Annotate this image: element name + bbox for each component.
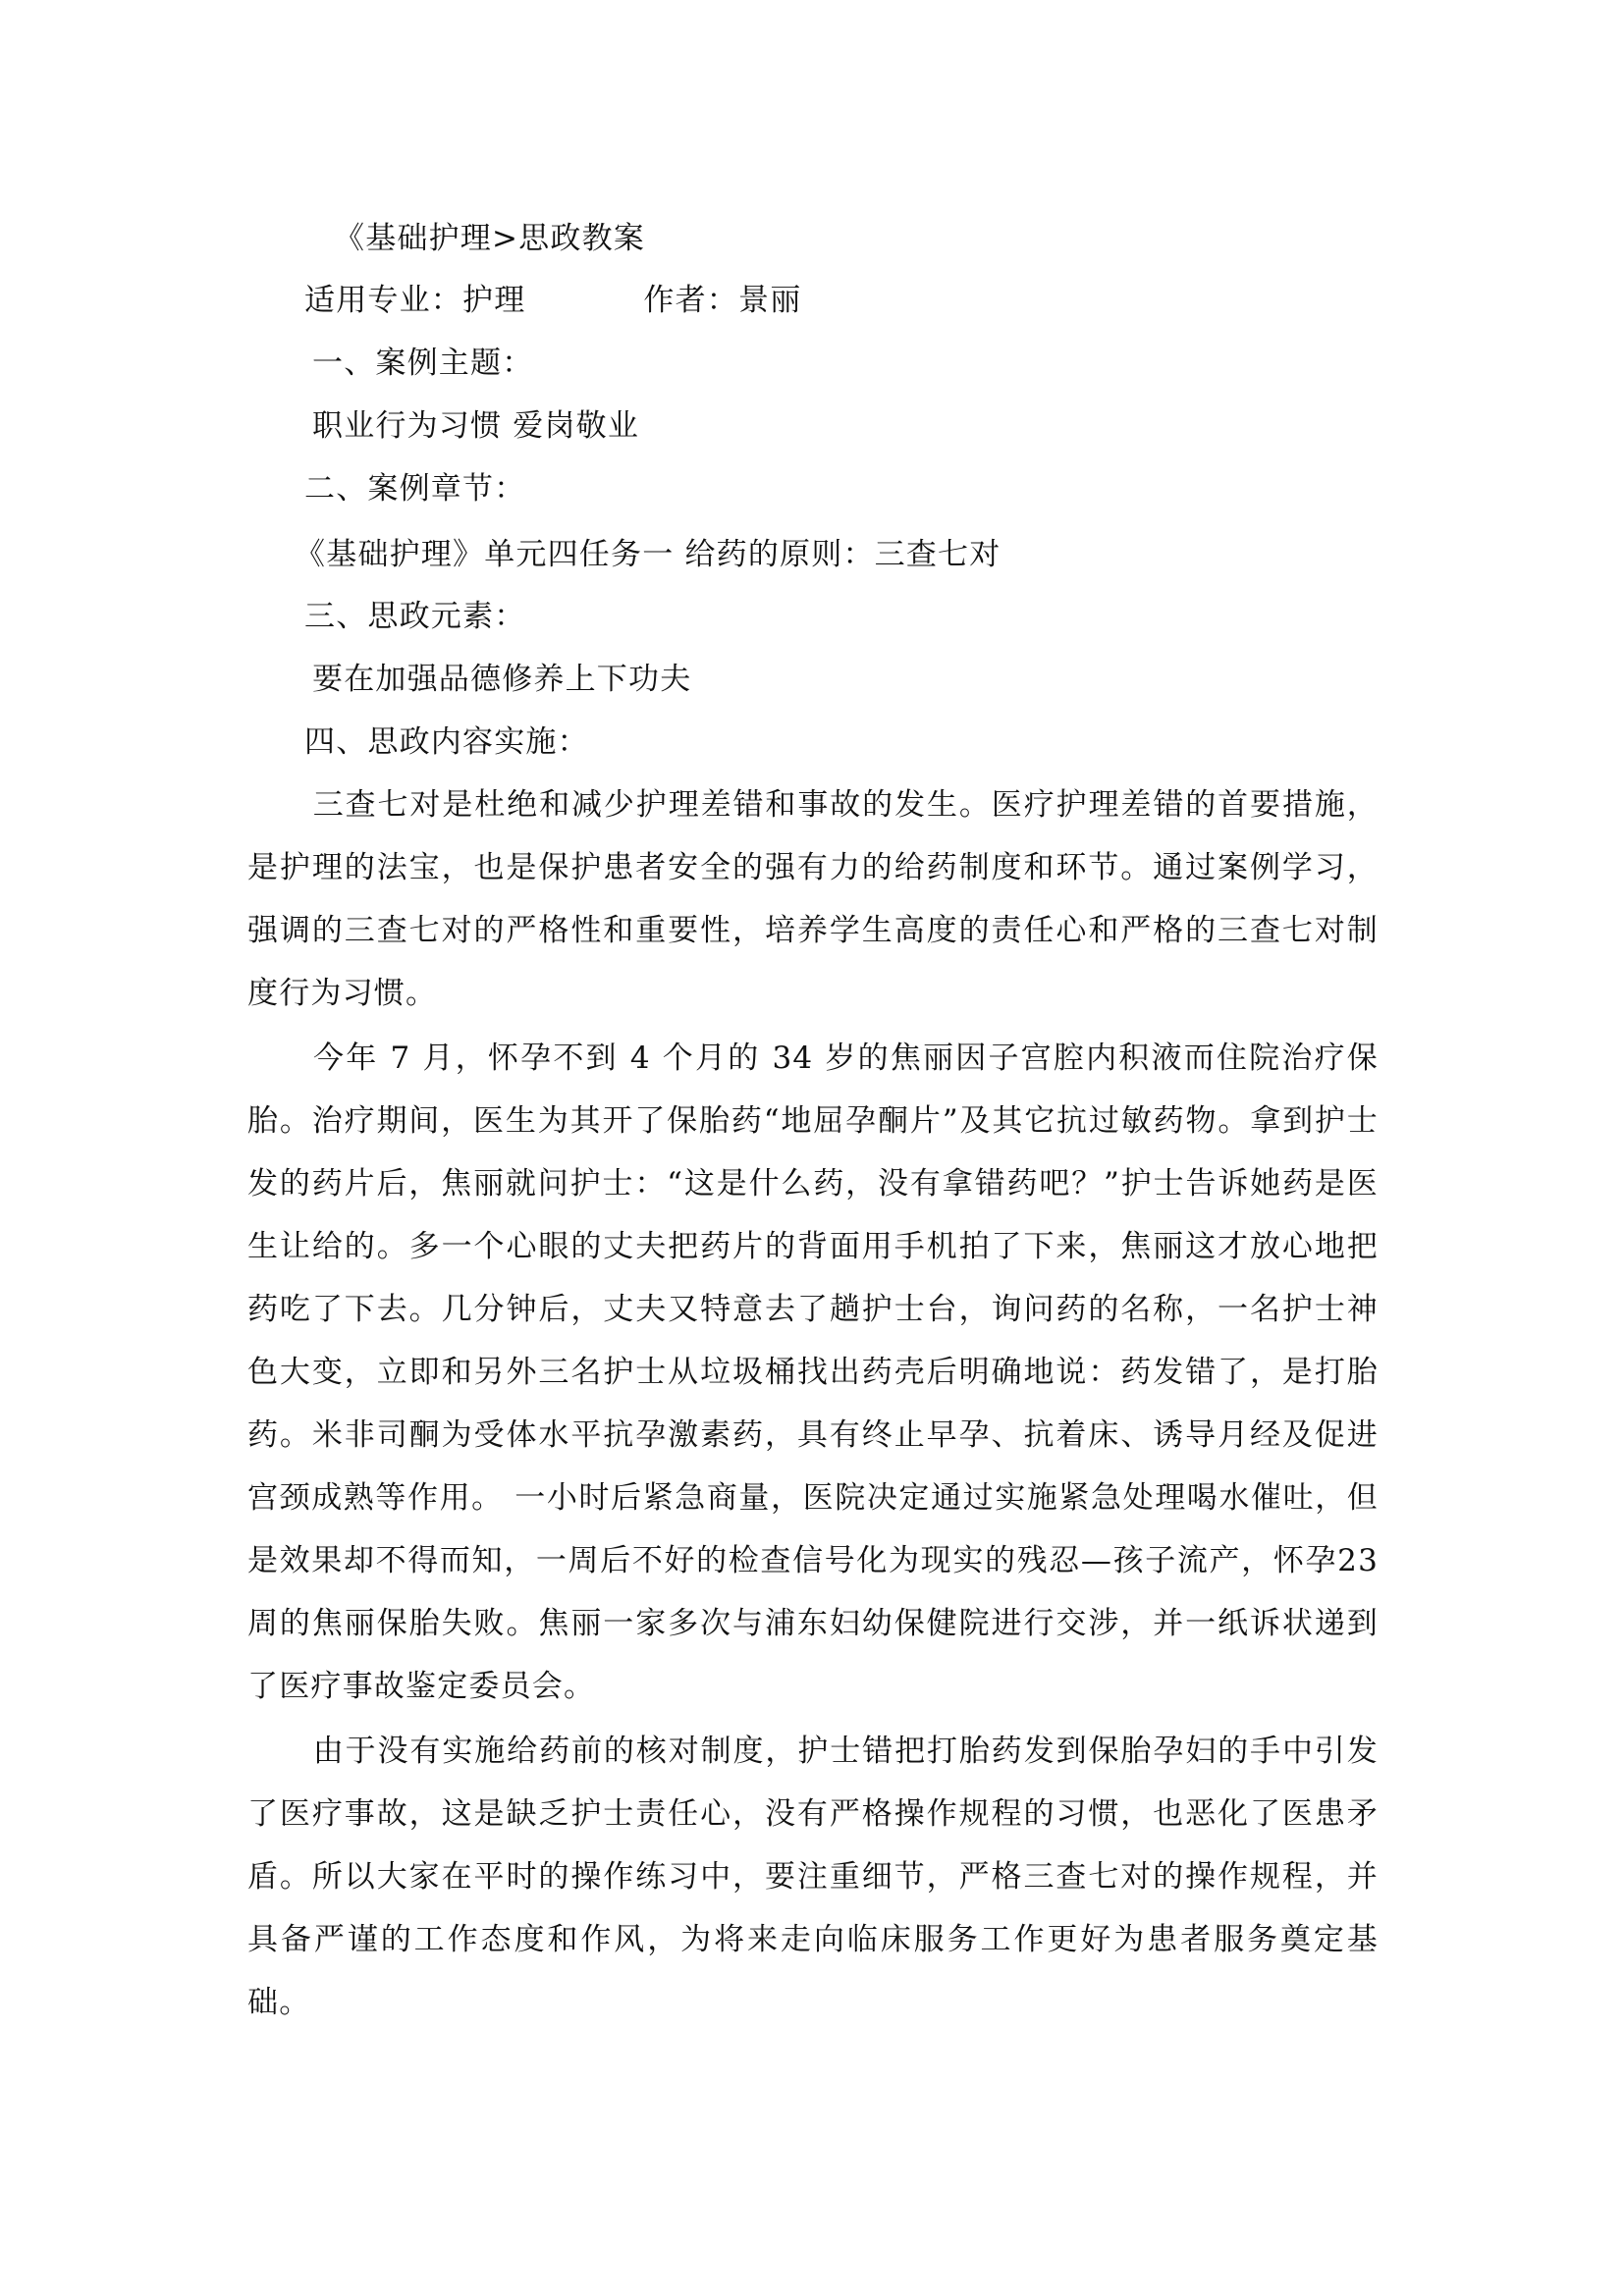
author-label: 作者： — [643, 283, 738, 318]
paragraph-text: 三查七对是杜绝和减少护理差错和事故的发生。医疗护理差错的首要措施，是护理的法宝，… — [247, 787, 1379, 1011]
section-content-2: 《基础护理》单元四任务一 给药的原则：三查七对 — [295, 535, 1001, 574]
section-heading-3: 三、思政元素： — [304, 597, 525, 636]
body-paragraph-1: 三查七对是杜绝和减少护理差错和事故的发生。医疗护理差错的首要措施，是护理的法宝，… — [247, 774, 1379, 1025]
author-value: 景丽 — [738, 283, 801, 318]
section-heading-1: 一、案例主题： — [312, 344, 533, 383]
section-heading-2: 二、案例章节： — [304, 469, 525, 508]
section-content-3: 要在加强品德修养上下功夫 — [312, 660, 691, 699]
paragraph-text: 由于没有实施给药前的核对制度，护士错把打胎药发到保胎孕妇的手中引发了医疗事故，这… — [247, 1734, 1379, 2020]
document-meta: 适用专业：护理作者：景丽 — [304, 281, 801, 320]
body-paragraph-2: 今年 7 月，怀孕不到 4 个月的 34 岁的焦丽因子宫腔内积液而住院治疗保胎。… — [247, 1027, 1379, 1718]
section-heading-4: 四、思政内容实施： — [304, 722, 589, 762]
document-title: 《基础护理>思政教案 — [334, 219, 645, 258]
major-label: 适用专业： — [304, 283, 462, 318]
section-content-1: 职业行为习惯 爱岗敬业 — [312, 406, 639, 446]
paragraph-text: 今年 7 月，怀孕不到 4 个月的 34 岁的焦丽因子宫腔内积液而住院治疗保胎。… — [247, 1041, 1379, 1704]
document-page: 《基础护理>思政教案 适用专业：护理作者：景丽 一、案例主题： 职业行为习惯 爱… — [0, 0, 1624, 2296]
major-value: 护理 — [462, 283, 525, 318]
body-paragraph-3: 由于没有实施给药前的核对制度，护士错把打胎药发到保胎孕妇的手中引发了医疗事故，这… — [247, 1720, 1379, 2034]
